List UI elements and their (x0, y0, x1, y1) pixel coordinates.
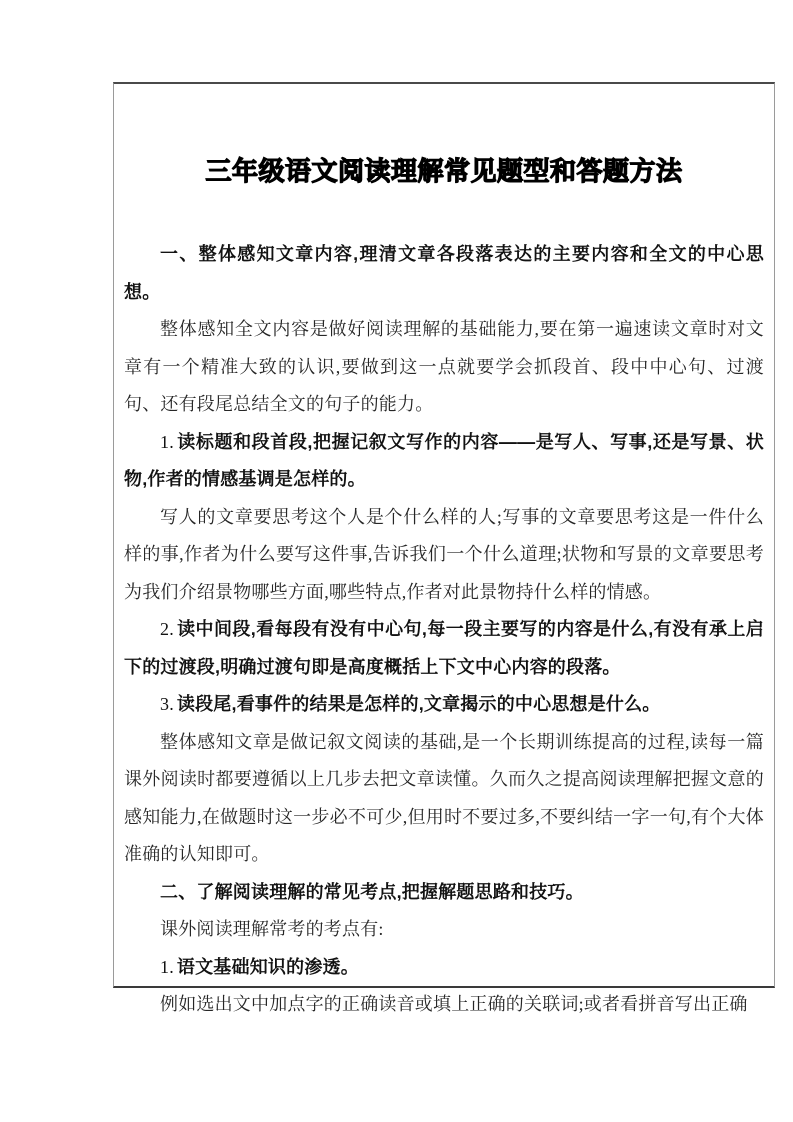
paragraph: 写人的文章要思考这个人是个什么样的人;写事的文章要思考这是一件什么样的事,作者为… (124, 499, 764, 612)
paragraph: 2.读中间段,看每段有没有中心句,每一段主要写的内容是什么,有没有承上启下的过渡… (124, 611, 764, 686)
paragraph-number: 3. (160, 694, 177, 714)
body-text: 一、整体感知文章内容,理清文章各段落表达的主要内容和全文的中心思想。整体感知全文… (124, 236, 764, 1024)
paragraph: 例如选出文中加点字的正确读音或填上正确的关联词;或者看拼音写出正确 (124, 986, 764, 1024)
document-canvas: 三年级语文阅读理解常见题型和答题方法 一、整体感知文章内容,理清文章各段落表达的… (0, 0, 793, 1122)
paragraph: 整体感知全文内容是做好阅读理解的基础能力,要在第一遍速读文章时对文章有一个精准大… (124, 311, 764, 424)
paragraph: 1.读标题和段首段,把握记叙文写作的内容——是写人、写事,还是写景、状物,作者的… (124, 424, 764, 499)
paragraph: 课外阅读理解常考的考点有: (124, 911, 764, 949)
paragraph: 二、了解阅读理解的常见考点,把握解题思路和技巧。 (124, 874, 764, 912)
paragraph: 3.读段尾,看事件的结果是怎样的,文章揭示的中心思想是什么。 (124, 686, 764, 724)
paragraph-number: 2. (160, 619, 177, 639)
page-border-frame: 三年级语文阅读理解常见题型和答题方法 一、整体感知文章内容,理清文章各段落表达的… (113, 82, 775, 988)
paragraph: 整体感知文章是做记叙文阅读的基础,是一个长期训练提高的过程,读每一篇课外阅读时都… (124, 724, 764, 874)
paragraph-number: 1. (160, 957, 177, 977)
paragraph: 1.语文基础知识的渗透。 (124, 949, 764, 987)
page-title: 三年级语文阅读理解常见题型和答题方法 (122, 154, 766, 188)
paragraph: 一、整体感知文章内容,理清文章各段落表达的主要内容和全文的中心思想。 (124, 236, 764, 311)
paragraph-number: 1. (160, 432, 177, 452)
